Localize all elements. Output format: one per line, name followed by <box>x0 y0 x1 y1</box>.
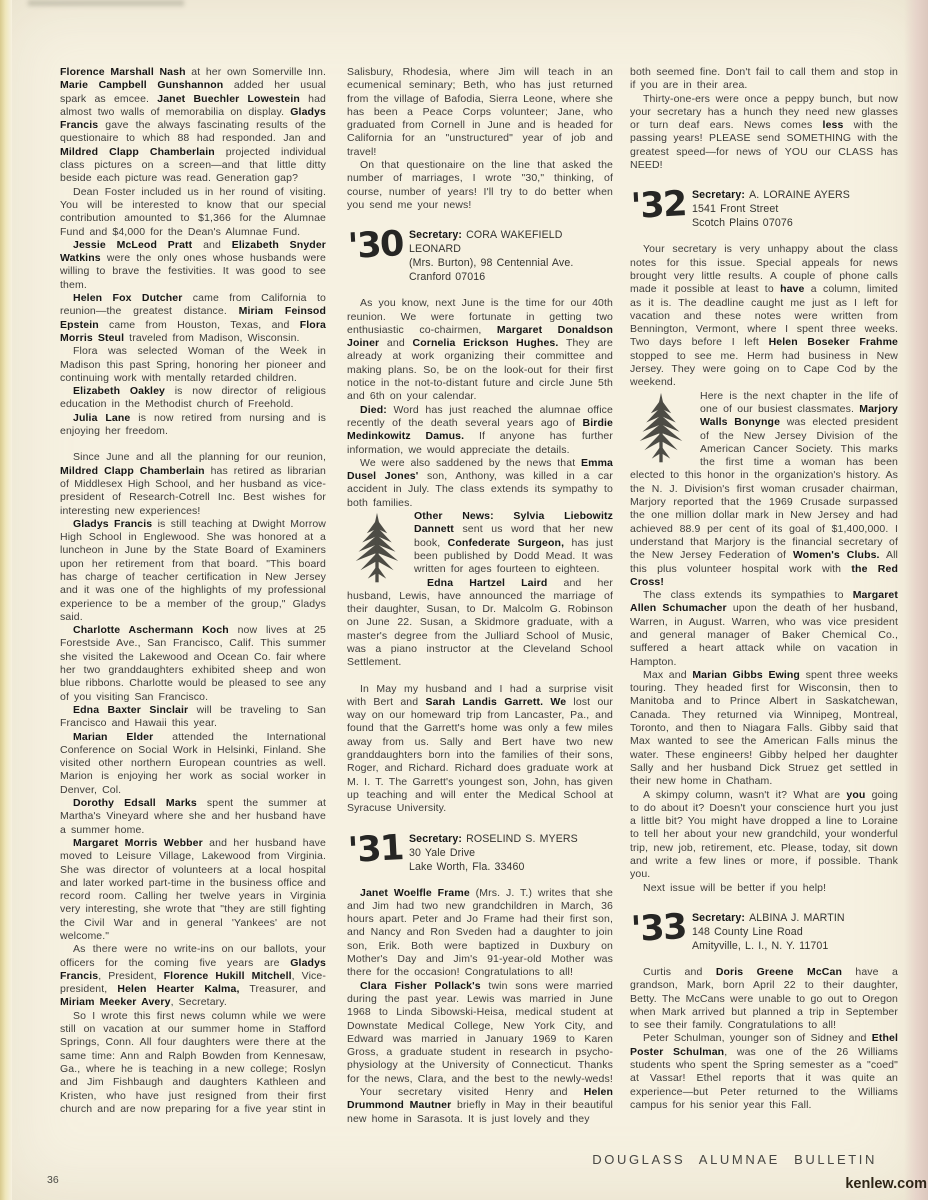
page-number: 36 <box>47 1174 59 1186</box>
text-run: both seemed fine. Don't fail to call the… <box>630 66 898 91</box>
secretary-address-line: Amityville, L. I., N. Y. 11701 <box>692 939 845 953</box>
class-year-label: '31 <box>347 827 411 870</box>
text-run: going to do about it? Doesn't your consc… <box>630 789 898 881</box>
paragraph: Edna Hartzel Laird and her husband, Lewi… <box>347 577 613 670</box>
paragraph: Thirty-one-ers were once a peppy bunch, … <box>630 93 898 173</box>
text-run: , Secretary. <box>171 996 227 1008</box>
bold-name: Elizabeth Oakley <box>73 385 165 397</box>
bold-name: Julia Lane <box>73 412 130 424</box>
text-run: The class extends its sympathies to <box>643 589 853 601</box>
scan-smudge <box>28 0 184 6</box>
paragraph: Dean Foster included us in her round of … <box>60 186 326 239</box>
text-run: and <box>379 337 412 349</box>
text-run: stopped to see me. Herm had business in … <box>630 350 898 389</box>
bold-name: Sarah Landis Garrett. We <box>425 696 566 708</box>
bold-name: Marian Gibbs Ewing <box>692 669 800 681</box>
paragraph: Flora was selected Woman of the Week in … <box>60 345 326 385</box>
text-run: Next issue will be better if you help! <box>643 882 826 894</box>
bold-name: Cornelia Erickson Hughes. <box>413 337 559 349</box>
paragraph: Other News: Sylvia Liebowitz Dannett sen… <box>347 510 613 576</box>
column-2: Salisbury, Rhodesia, where Jim will teac… <box>347 66 613 1126</box>
secretary-name: A. LORAINE AYERS <box>749 189 850 201</box>
text-run: (Mrs. J. T.) writes that she and Jim had… <box>347 887 613 979</box>
paragraph: Marian Elder attended the International … <box>60 731 326 797</box>
bold-name: Gladys Francis <box>73 518 152 530</box>
secretary-info: Secretary: ALBINA J. MARTIN148 County Li… <box>692 910 845 953</box>
secretary-address-line: Cranford 07016 <box>409 270 613 284</box>
class-section-header: '30Secretary: CORA WAKEFIELD LEONARD(Mrs… <box>347 227 613 284</box>
text-run: came from Houston, Texas, and <box>99 319 300 331</box>
column-3: both seemed fine. Don't fail to call the… <box>630 66 898 1112</box>
secretary-line: Secretary: ALBINA J. MARTIN <box>692 911 845 925</box>
paragraph: Dorothy Edsall Marks spent the summer at… <box>60 797 326 837</box>
text-run: gave the always fascinating results of t… <box>60 119 326 144</box>
bold-name: Doris Greene McCan <box>716 966 842 978</box>
bold-name: Jessie McLeod Pratt <box>73 239 192 251</box>
text-run: , President, <box>98 970 163 982</box>
secretary-info: Secretary: A. LORAINE AYERS1541 Front St… <box>692 187 850 230</box>
secretary-line: Secretary: ROSELIND S. MYERS <box>409 832 578 846</box>
bold-name: Helen Boseker Frahme <box>769 336 898 348</box>
text-run: Peter Schulman, younger son of Sidney an… <box>643 1032 872 1044</box>
pine-tree-icon <box>349 512 405 586</box>
paragraph: Next issue will be better if you help! <box>630 882 898 895</box>
paragraph: As you know, next June is the time for o… <box>347 297 613 403</box>
text-run: and her husband have moved to Leisure Vi… <box>60 837 326 942</box>
bold-name: Florence Hukill Mitchell <box>164 970 292 982</box>
bold-name: Clara Fisher Pollack's <box>360 980 481 992</box>
paragraph: Here is the next chapter in the life of … <box>630 390 898 589</box>
secretary-info: Secretary: CORA WAKEFIELD LEONARD(Mrs. B… <box>409 227 613 284</box>
paragraph: As there were no write-ins on our ballot… <box>60 943 326 1009</box>
class-year-label: '33 <box>630 907 694 950</box>
paragraph: Florence Marshall Nash at her own Somerv… <box>60 66 326 186</box>
text-run: Salisbury, Rhodesia, where Jim will teac… <box>347 66 613 158</box>
secretary-address-line: 1541 Front Street <box>692 202 850 216</box>
class-section-header: '31Secretary: ROSELIND S. MYERS30 Yale D… <box>347 831 613 874</box>
secretary-label: Secretary: <box>692 189 749 201</box>
bold-name: Helen Hearter Kalma, <box>117 983 239 995</box>
text-run: As there were no write-ins on our ballot… <box>60 943 326 968</box>
column-1: Florence Marshall Nash at her own Somerv… <box>60 66 326 1116</box>
bold-name: Janet Woelfle Frame <box>360 887 470 899</box>
text-run: twin sons were married during the past y… <box>347 980 613 1085</box>
text-run: Word has just reached the alumnae office… <box>347 404 613 429</box>
secretary-info: Secretary: ROSELIND S. MYERS30 Yale Driv… <box>409 831 578 874</box>
text-run: at her own Somerville Inn. <box>186 66 326 78</box>
bold-name: Janet Buechler Lowestein <box>157 93 300 105</box>
text-run: traveled from Madison, Wisconsin. <box>124 332 299 344</box>
paragraph: A skimpy column, wasn't it? What are you… <box>630 789 898 882</box>
class-year-label: '32 <box>630 184 694 227</box>
bold-name: you <box>846 789 865 801</box>
class-year-label: '30 <box>347 224 411 267</box>
secretary-label: Secretary: <box>409 833 466 845</box>
paragraph: Your secretary visited Henry and Helen D… <box>347 1086 613 1126</box>
secretary-name: ROSELIND S. MYERS <box>466 833 578 845</box>
text-run: Curtis and <box>643 966 716 978</box>
paragraph: Elizabeth Oakley is now director of reli… <box>60 385 326 412</box>
text-run: A skimpy column, wasn't it? What are <box>643 789 846 801</box>
bold-name: Marian Elder <box>73 731 153 743</box>
paragraph: Jessie McLeod Pratt and Elizabeth Snyder… <box>60 239 326 292</box>
paragraph: Edna Baxter Sinclair will be traveling t… <box>60 704 326 731</box>
text-run: and her husband, Lewis, have announced t… <box>347 577 613 669</box>
text-run: spent three weeks touring. They headed f… <box>630 669 898 787</box>
bold-name: Dorothy Edsall Marks <box>73 797 197 809</box>
paragraph: We were also saddened by the news that E… <box>347 457 613 510</box>
text-run: Max and <box>643 669 692 681</box>
text-run: Since June and all the planning for our … <box>73 451 326 463</box>
bold-name: Florence Marshall Nash <box>60 66 186 78</box>
class-section-header: '32Secretary: A. LORAINE AYERS1541 Front… <box>630 187 898 230</box>
secretary-address-line: Lake Worth, Fla. 33460 <box>409 860 578 874</box>
secretary-line: Secretary: A. LORAINE AYERS <box>692 188 850 202</box>
paragraph: Salisbury, Rhodesia, where Jim will teac… <box>347 66 613 159</box>
text-run: is still teaching at Dwight Morrow High … <box>60 518 326 623</box>
page-edge-left <box>0 0 12 1200</box>
paragraph: Julia Lane is now retired from nursing a… <box>60 412 326 439</box>
paragraph: Janet Woelfle Frame (Mrs. J. T.) writes … <box>347 887 613 980</box>
secretary-label: Secretary: <box>409 229 466 241</box>
watermark: kenlew.com <box>845 1176 927 1192</box>
secretary-label: Secretary: <box>692 912 749 924</box>
paragraph: In May my husband and I had a surprise v… <box>347 683 613 816</box>
bold-name: Edna Baxter Sinclair <box>73 704 188 716</box>
bold-name: Mildred Clapp Chamberlain <box>60 465 205 477</box>
bold-name: Margaret Morris Webber <box>73 837 203 849</box>
bold-name: Mildred Clapp Chamberlain <box>60 146 215 158</box>
secretary-address-line: 30 Yale Drive <box>409 846 578 860</box>
paragraph: Charlotte Aschermann Koch now lives at 2… <box>60 624 326 704</box>
bold-name: have <box>780 283 804 295</box>
text-run: So I wrote this first news column while … <box>60 1010 326 1115</box>
paragraph: Curtis and Doris Greene McCan have a gra… <box>630 966 898 1032</box>
secretary-line: Secretary: CORA WAKEFIELD LEONARD <box>409 228 613 256</box>
text-run: Treasurer, and <box>240 983 327 995</box>
secretary-name: ALBINA J. MARTIN <box>749 912 845 924</box>
bold-name: Marie Campbell Gunshannon <box>60 79 223 91</box>
paragraph: both seemed fine. Don't fail to call the… <box>630 66 898 93</box>
paragraph: Your secretary is very unhappy about the… <box>630 243 898 389</box>
secretary-address-line: 148 County Line Road <box>692 925 845 939</box>
paragraph: Since June and all the planning for our … <box>60 451 326 517</box>
text-run: We were also saddened by the news that <box>360 457 581 469</box>
bold-name: Charlotte Aschermann Koch <box>73 624 229 636</box>
bold-name: Women's Clubs. <box>793 549 880 561</box>
page-edge-right <box>904 0 928 1200</box>
paragraph: So I wrote this first news column while … <box>60 1010 326 1116</box>
bold-name: Confederate Surgeon, <box>448 537 564 549</box>
text-run: and <box>192 239 231 251</box>
paragraph: Max and Marian Gibbs Ewing spent three w… <box>630 669 898 789</box>
paragraph: Died: Word has just reached the alumnae … <box>347 404 613 457</box>
bold-name: Miriam Meeker Avery <box>60 996 171 1008</box>
paragraph: Helen Fox Dutcher came from California t… <box>60 292 326 345</box>
text-run: lost our way on our homeward trip from L… <box>347 696 613 814</box>
paragraph: On that questionaire on the line that as… <box>347 159 613 212</box>
text-run: Your secretary visited Henry and <box>360 1086 584 1098</box>
paragraph: The class extends its sympathies to Marg… <box>630 589 898 669</box>
text-run: were the only ones whose husbands were w… <box>60 252 326 291</box>
bold-name: less <box>823 119 844 131</box>
secretary-address-line: (Mrs. Burton), 98 Centennial Ave. <box>409 256 613 270</box>
paragraph: Gladys Francis is still teaching at Dwig… <box>60 518 326 624</box>
class-section-header: '33Secretary: ALBINA J. MARTIN148 County… <box>630 910 898 953</box>
paragraph: Peter Schulman, younger son of Sidney an… <box>630 1032 898 1112</box>
bold-name: Helen Fox Dutcher <box>73 292 182 304</box>
secretary-address-line: Scotch Plains 07076 <box>692 216 850 230</box>
footer-title: DOUGLASS ALUMNAE BULLETIN <box>592 1152 877 1167</box>
bold-name: Edna Hartzel Laird <box>427 577 547 589</box>
text-run: Dean Foster included us in her round of … <box>60 186 326 238</box>
text-run: On that questionaire on the line that as… <box>347 159 613 211</box>
paragraph: Margaret Morris Webber and her husband h… <box>60 837 326 943</box>
paragraph: Clara Fisher Pollack's twin sons were ma… <box>347 980 613 1086</box>
pine-tree-icon <box>630 392 692 466</box>
bold-name: Died: <box>360 404 387 416</box>
text-run: Flora was selected Woman of the Week in … <box>60 345 326 384</box>
